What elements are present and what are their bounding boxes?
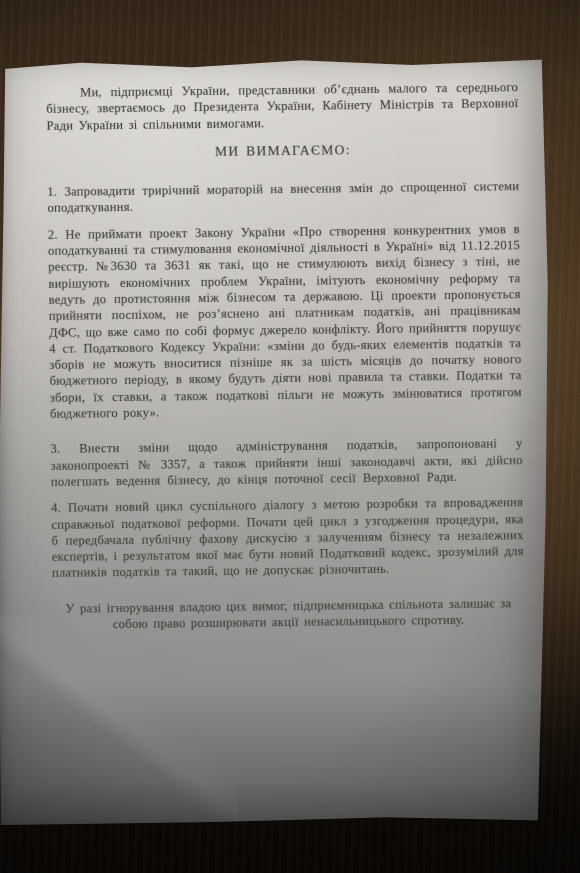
closing-paragraph: У разі ігнорування владою цих вимог, під… xyxy=(52,595,524,633)
demand-item-1: 1. Запровадити трирічний мораторій на вн… xyxy=(47,178,519,216)
demand-item-4: 4. Почати новий цикл суспільного діалогу… xyxy=(51,494,524,581)
paper-sheet: Ми, підприємці України, представники об’… xyxy=(0,55,550,825)
document-text: Ми, підприємці України, представники об’… xyxy=(0,49,559,826)
demand-item-3: 3. Внести зміни щодо адміністрування под… xyxy=(50,435,523,490)
intro-paragraph: Ми, підприємці України, представники об’… xyxy=(46,79,519,134)
photographed-document: Ми, підприємці України, представники об’… xyxy=(0,0,580,873)
demand-item-2: 2. Не приймати проект Закону України «Пр… xyxy=(48,221,522,422)
document-heading: МИ ВИМАГАЄМО: xyxy=(47,140,519,162)
